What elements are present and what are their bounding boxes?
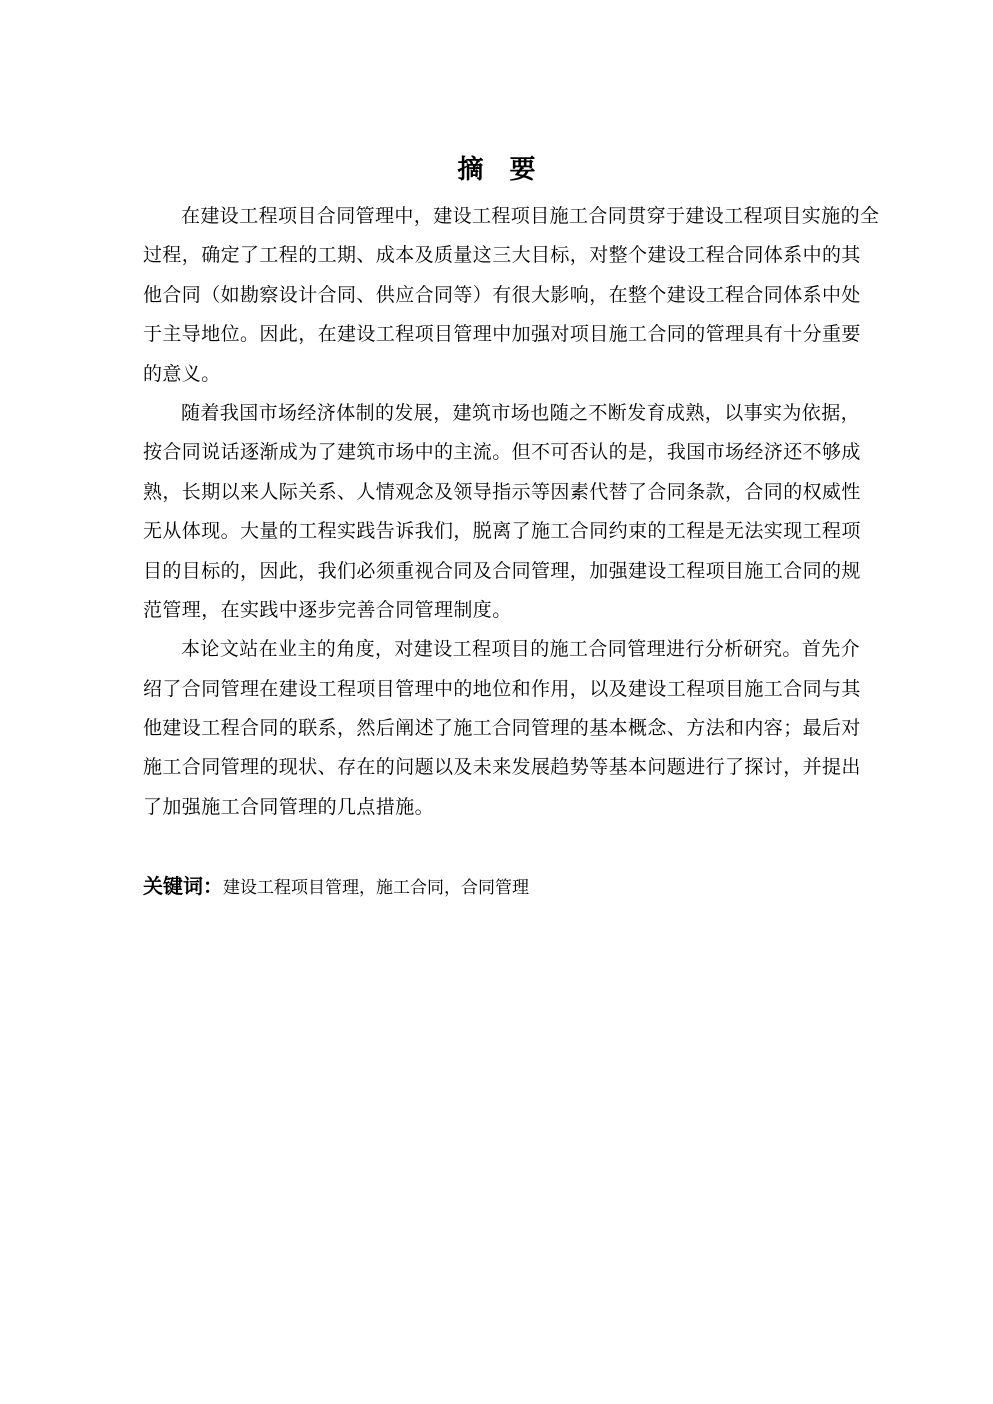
text-line: 他合同（如勘察设计合同、供应合同等）有很大影响，在整个建设工程合同体系中处 xyxy=(143,276,903,315)
text-line: 本论文站在业主的角度，对建设工程项目的施工合同管理进行分析研究。首先介 xyxy=(143,630,903,669)
text-line: 范管理，在实践中逐步完善合同管理制度。 xyxy=(143,591,903,630)
document-page: 摘要 在建设工程项目合同管理中，建设工程项目施工合同贯穿于建设工程项目实施的全 … xyxy=(0,0,993,1404)
paragraph-2: 随着我国市场经济体制的发展，建筑市场也随之不断发育成熟，以事实为依据， 按合同说… xyxy=(143,394,903,630)
title-char-2: 要 xyxy=(510,155,536,185)
text-line: 他建设工程合同的联系，然后阐述了施工合同管理的基本概念、方法和内容；最后对 xyxy=(143,709,903,748)
paragraph-1: 在建设工程项目合同管理中，建设工程项目施工合同贯穿于建设工程项目实施的全 过程，… xyxy=(143,197,903,394)
text-line: 过程，确定了工程的工期、成本及质量这三大目标，对整个建设工程合同体系中的其 xyxy=(143,236,903,275)
text-line: 无从体现。大量的工程实践告诉我们，脱离了施工合同约束的工程是无法实现工程项 xyxy=(143,512,903,551)
text-line: 随着我国市场经济体制的发展，建筑市场也随之不断发育成熟，以事实为依据， xyxy=(143,394,903,433)
text-line: 的意义。 xyxy=(143,355,903,394)
text-line: 在建设工程项目合同管理中，建设工程项目施工合同贯穿于建设工程项目实施的全 xyxy=(143,197,903,236)
text-line: 目的目标的，因此，我们必须重视合同及合同管理，加强建设工程项目施工合同的规 xyxy=(143,552,903,591)
text-line: 熟，长期以来人际关系、人情观念及领导指示等因素代替了合同条款，合同的权威性 xyxy=(143,473,903,512)
title-char-1: 摘 xyxy=(457,155,483,185)
text-line: 了加强施工合同管理的几点措施。 xyxy=(143,788,903,827)
abstract-body: 在建设工程项目合同管理中，建设工程项目施工合同贯穿于建设工程项目实施的全 过程，… xyxy=(143,197,903,827)
text-line: 绍了合同管理在建设工程项目管理中的地位和作用，以及建设工程项目施工合同与其 xyxy=(143,670,903,709)
text-line: 按合同说话逐渐成为了建筑市场中的主流。但不可否认的是，我国市场经济还不够成 xyxy=(143,433,903,472)
text-line: 于主导地位。因此，在建设工程项目管理中加强对项目施工合同的管理具有十分重要 xyxy=(143,315,903,354)
text-line: 施工合同管理的现状、存在的问题以及未来发展趋势等基本问题进行了探讨，并提出 xyxy=(143,748,903,787)
keywords-values: 建设工程项目管理，施工合同，合同管理 xyxy=(223,878,529,898)
page-title: 摘要 xyxy=(0,150,993,190)
keywords-section: 关键词：建设工程项目管理，施工合同，合同管理 xyxy=(143,868,529,906)
keywords-label: 关键词： xyxy=(143,874,223,898)
paragraph-3: 本论文站在业主的角度，对建设工程项目的施工合同管理进行分析研究。首先介 绍了合同… xyxy=(143,630,903,827)
